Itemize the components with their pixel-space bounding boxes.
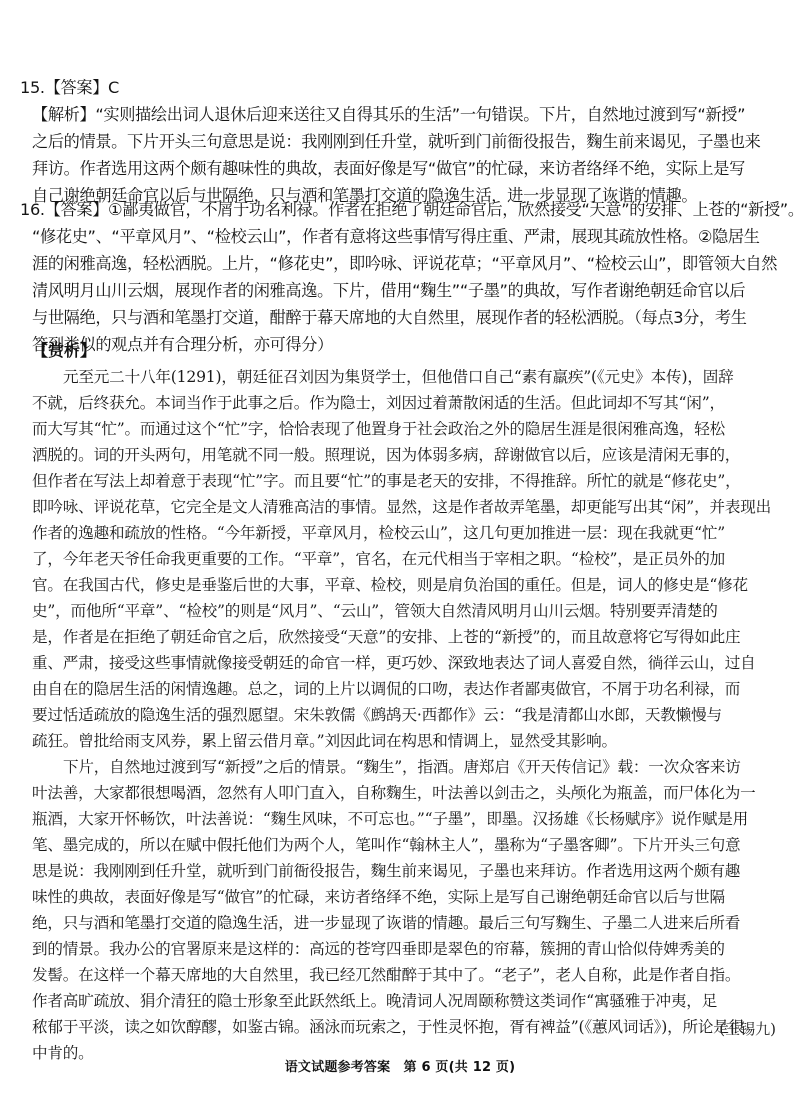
appreciation-line: 味性的典故，表面好像是写“做官”的忙碌，来访者络绎不绝，实际上是写自己谢绝朝廷命… (32, 884, 772, 910)
appreciation-line: 叶法善，大家都很想喝酒，忽然有人叩门直入，自称麴生，叶法善以剑击之，头颅化为瓶盖… (32, 780, 772, 806)
answer-16-line: 清风明月山川云烟，展现作者的闲雅高逸。下片，借用“麴生”“子墨”的典故，写作者谢… (20, 277, 782, 304)
appreciation-line: 秾郁于平淡，读之如饮醇醪，如鉴古锦。涵泳而玩索之，于性灵怀抱，胥有裨益”(《蕙风… (32, 1014, 772, 1040)
appreciation-line: 笔、墨完成的，所以在赋中假托他们为两个人，笔叫作“翰林主人”，墨称为“子墨客卿”… (32, 832, 772, 858)
answer-16-line: 涯的闲雅高逸，轻松洒脱。上片，“修花史”，即吟咏、评说花草；“平章风月”、“检校… (20, 250, 782, 277)
author-signature: (王锡九) (719, 1018, 776, 1039)
appreciation-line: 洒脱的。词的开头两句，用笔就不同一般。照理说，因为体弱多病，辞谢做官以后，应该是… (32, 442, 772, 468)
appreciation-line: 瓶酒，大家开怀畅饮，叶法善说：“麴生风味，不可忘也。”“子墨”，即墨。汉扬雄《长… (32, 806, 772, 832)
appreciation-line: 官。在我国古代，修史是垂鉴后世的大事，平章、检校，则是肩负治国的重任。但是，词人… (32, 572, 772, 598)
appreciation-line: 重、严肃，接受这些事情就像接受朝廷的命官一样，更巧妙、深致地表达了词人喜爱自然，… (32, 650, 772, 676)
appreciation-line: 而大写其“忙”。而通过这个“忙”字，恰恰表现了他置身于社会政治之外的隐居生涯是很… (32, 416, 772, 442)
appreciation-line: 由自在的隐居生活的闲情逸趣。总之，词的上片以调侃的口吻，表达作者鄙夷做官，不屑于… (32, 676, 772, 702)
appreciation-line: 绝，只与酒和笔墨打交道的隐逸生活，进一步显现了诙谐的情趣。最后三句写麴生、子墨二… (32, 910, 772, 936)
appreciation-line: 作者高旷疏放、狷介清狂的隐士形象至此跃然纸上。晚清词人况周颐称赞这类词作“寓骚雅… (32, 988, 772, 1014)
answer-15-line: 拜访。作者选用这两个颇有趣味性的典故，表面好像是写“做官”的忙碌，来访者络绎不绝… (20, 155, 782, 182)
appreciation-line: 元至元二十八年(1291)，朝廷征召刘因为集贤学士，但他借口自己“素有羸疾”(《… (32, 364, 772, 390)
appreciation-line: 是，作者是在拒绝了朝廷命官之后，欣然接受“天意”的安排、上苍的“新授”的，而且故… (32, 624, 772, 650)
appreciation-line: 不就，后终获允。本词当作于此事之后。作为隐士，刘因过着萧散闲适的生活。但此词却不… (32, 390, 772, 416)
answer-15: 15.【答案】C 【解析】“实则描绘出词人退休后迎来送往又自得其乐的生活”一句错… (20, 74, 782, 209)
appreciation-line: 发髻。在这样一个幕天席地的大自然里，我已经兀然酣醉于其中了。“老子”，老人自称，… (32, 962, 772, 988)
answer-15-line: 之后的情景。下片开头三句意思是说：我刚刚到任升堂，就听到门前衙役报告，麴生前来谒… (20, 128, 782, 155)
appreciation-line: 史”，而他所“平章”、“检校”的则是“风月”、“云山”，管领大自然清风明月山川云… (32, 598, 772, 624)
answer-16-line: 与世隔绝，只与酒和笔墨打交道，酣醉于幕天席地的大自然里，展现作者的轻松洒脱。（每… (20, 304, 782, 331)
page-footer: 语文试题参考答案 第 6 页(共 12 页) (0, 1056, 800, 1075)
answer-16: 16.【答案】①鄙夷做官，不屑于功名利禄。作者在拒绝了朝廷命官后，欣然接受“天意… (20, 196, 782, 358)
appreciation-line: 要过恬适疏放的隐逸生活的强烈愿望。宋朱敦儒《鹧鸪天·西都作》云：“我是清都山水郎… (32, 702, 772, 728)
appreciation-line: 疏狂。曾批给雨支风券，累上留云借月章。”刘因此词在构思和情调上，显然受其影响。 (32, 728, 772, 754)
answer-15-line: 【解析】“实则描绘出词人退休后迎来送往又自得其乐的生活”一句错误。下片，自然地过… (20, 101, 782, 128)
answer-16-line: 16.【答案】①鄙夷做官，不屑于功名利禄。作者在拒绝了朝廷命官后，欣然接受“天意… (20, 196, 782, 223)
answer-16-line: “修花史”、“平章风月”、“检校云山”，作者有意将这些事情写得庄重、严肃，展现其… (20, 223, 782, 250)
appreciation-line: 即吟咏、评说花草，它完全是文人清雅高洁的事情。显然，这是作者故弄笔墨，却更能写出… (32, 494, 772, 520)
appreciation-line: 但作者在写法上却着意于表现“忙”字。而且要“忙”的事是老天的安排，不得推辞。所忙… (32, 468, 772, 494)
appreciation-line: 到的情景。我办公的官署原来是这样的：高远的苍穹四垂即是翠色的帘幕，簇拥的青山恰似… (32, 936, 772, 962)
appreciation-line: 作者的逸趣和疏放的性格。“今年新授，平章风月，检校云山”，这几句更加推进一层：现… (32, 520, 772, 546)
answer-15-line: 15.【答案】C (20, 74, 782, 101)
appreciation-line: 思是说：我刚刚到任升堂，就听到门前衙役报告，麴生前来谒见，子墨也来拜访。作者选用… (32, 858, 772, 884)
answer-16-line: 答到类似的观点并有合理分析，亦可得分） (20, 331, 782, 358)
appreciation-line: 了，今年老天爷任命我更重要的工作。“平章”，官名，在元代相当于宰相之职。“检校”… (32, 546, 772, 572)
appreciation-body: 元至元二十八年(1291)，朝廷征召刘因为集贤学士，但他借口自己“素有羸疾”(《… (32, 364, 772, 1066)
appreciation-line: 下片，自然地过渡到写“新授”之后的情景。“麴生”，指酒。唐郑启《开天传信记》载：… (32, 754, 772, 780)
appreciation-heading: 【赏析】 (32, 340, 96, 362)
document-page: 15.【答案】C 【解析】“实则描绘出词人退休后迎来送往又自得其乐的生活”一句错… (0, 0, 800, 1102)
